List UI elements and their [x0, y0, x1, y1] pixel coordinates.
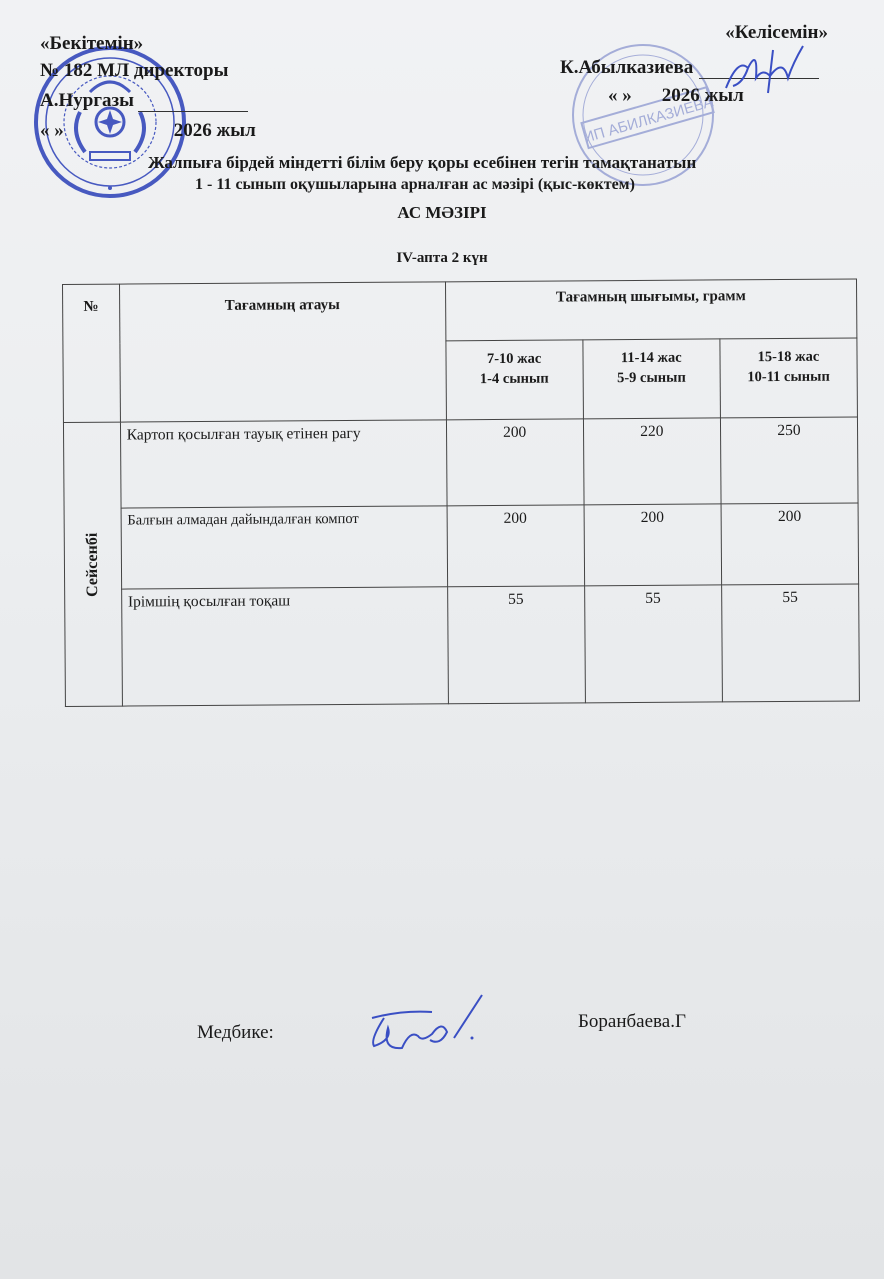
header-yield: Тағамның шығымы, грамм	[445, 279, 857, 341]
dish-name: Ірімшің қосылған тоқаш	[121, 587, 448, 706]
approval-right-name: К.Абылказиева	[560, 57, 693, 78]
handwritten-signature-icon	[718, 38, 808, 98]
week-day-subtitle: IV-апта 2 күн	[0, 250, 884, 267]
approval-left-title: «Бекітемін»	[40, 33, 143, 55]
table-row: Сейсенбі Картоп қосылған тауық етінен ра…	[63, 417, 858, 509]
header-age-group-3: 15-18 жас10-11 сынып	[720, 338, 858, 418]
approval-left-date: « »2026 жыл	[40, 120, 256, 142]
approval-left-name-line: А.Нургазы	[40, 90, 248, 112]
yield-value: 200	[721, 503, 859, 585]
table-header-row: № Тағамның атауы Тағамның шығымы, грамм	[63, 279, 857, 344]
day-label: Сейсенбі	[84, 532, 102, 596]
table-row: Балғын алмадан дайындалған компот 200 20…	[64, 503, 859, 590]
signature-role: Медбике:	[197, 1022, 274, 1044]
approval-right-date-prefix: « »	[608, 85, 632, 106]
handwritten-signature-icon	[362, 990, 492, 1060]
dish-name: Балғын алмадан дайындалған компот	[121, 506, 447, 589]
document-title: АС МӘЗІРІ	[0, 203, 884, 223]
header-age-group-2: 11-14 жас5-9 сынып	[583, 339, 721, 419]
header-age-group-1: 7-10 жас1-4 сынып	[445, 340, 583, 420]
yield-value: 55	[721, 584, 859, 702]
signature-name: Боранбаева.Г	[578, 1011, 686, 1033]
menu-table: № Тағамның атауы Тағамның шығымы, грамм …	[62, 278, 860, 707]
header-dish-name: Тағамның атауы	[119, 282, 446, 422]
approval-left-position: № 182 МЛ директоры	[40, 60, 228, 82]
document-page: ИП АБИЛКАЗИЕВА «Бекітемін» № 182 МЛ дире…	[0, 0, 884, 1279]
approval-left-name: А.Нургазы	[40, 90, 134, 111]
approval-left-date-prefix: « »	[40, 120, 64, 141]
yield-value: 200	[584, 504, 722, 586]
dish-name: Картоп қосылған тауық етінен рагу	[120, 420, 446, 508]
yield-value: 250	[720, 417, 858, 504]
header-number: №	[63, 284, 121, 422]
yield-value: 220	[583, 418, 721, 505]
yield-value: 55	[584, 585, 722, 703]
heading-line-2: 1 - 11 сынып оқушыларына арналған ас мәз…	[195, 176, 635, 194]
yield-value: 55	[447, 586, 585, 704]
heading-line-1: Жалпыға бірдей міндетті білім беру қоры …	[148, 153, 696, 173]
day-cell: Сейсенбі	[63, 422, 122, 706]
yield-value: 200	[446, 419, 584, 506]
signature-line	[138, 97, 248, 112]
yield-value: 200	[447, 505, 585, 587]
approval-left-year: 2026 жыл	[174, 120, 256, 141]
table-row: Ірімшің қосылған тоқаш 55 55 55	[65, 584, 860, 707]
